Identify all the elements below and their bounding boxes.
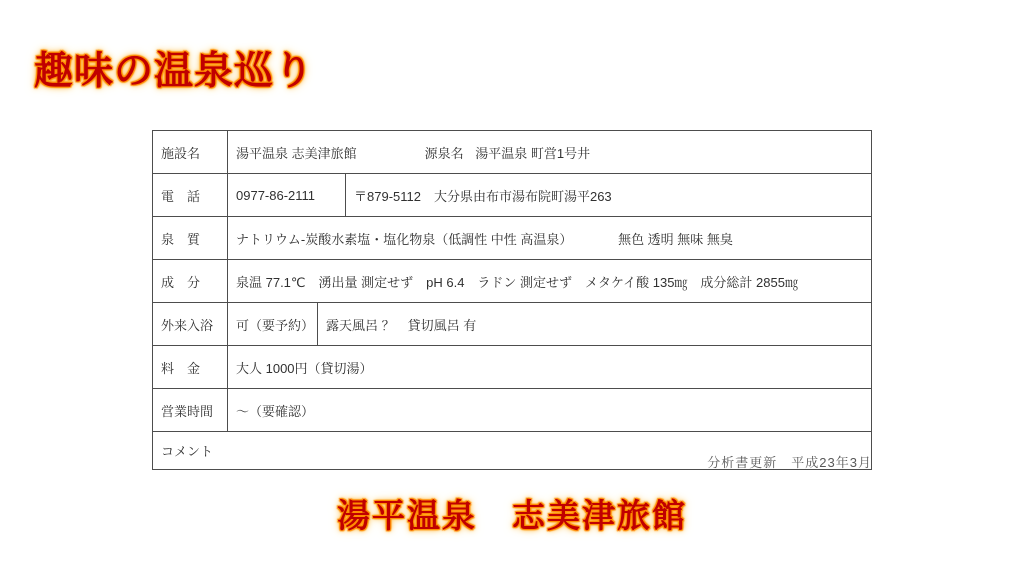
hours-label: 営業時間 <box>153 389 228 432</box>
facility-value-cell: 湯平温泉 志美津旅館 源泉名 湯平温泉 町営1号井 <box>228 131 872 174</box>
facility-name: 湯平温泉 志美津旅館 <box>236 143 421 162</box>
source-name-value: 湯平温泉 町営1号井 <box>475 146 590 161</box>
postal-address: 〒879-5112 大分県由布市湯布院町湯平263 <box>346 174 872 217</box>
analysis-update-note: 分析書更新 平成23年3月 <box>152 452 872 471</box>
phone-label: 電 話 <box>153 174 228 217</box>
table-row-fee: 料 金 大人 1000円（貸切湯） <box>153 346 872 389</box>
page-title: 趣味の温泉巡り <box>34 40 314 96</box>
phone-number: 0977-86-2111 <box>228 174 346 217</box>
ingredients-value: 泉温 77.1℃ 湧出量 測定せず pH 6.4 ラドン 測定せず メタケイ酸 … <box>228 260 872 303</box>
quality-label: 泉 質 <box>153 217 228 260</box>
table-row-day-bathing: 外来入浴 可（要予約） 露天風呂 ？ 貸切風呂 有 <box>153 303 872 346</box>
slide: 趣味の温泉巡り 施設名 湯平温泉 志美津旅館 源泉名 湯平温泉 町営1号井 電 … <box>0 0 1024 576</box>
day-bathing-label: 外来入浴 <box>153 303 228 346</box>
day-bathing-availability: 可（要予約） <box>228 303 318 346</box>
fee-value: 大人 1000円（貸切湯） <box>228 346 872 389</box>
onsen-info-table: 施設名 湯平温泉 志美津旅館 源泉名 湯平温泉 町営1号井 電 話 0977-8… <box>152 130 872 470</box>
table-row-hours: 営業時間 ～（要確認） <box>153 389 872 432</box>
ryokan-title: 湯平温泉 志美津旅館 <box>0 490 1024 537</box>
ingredients-label: 成 分 <box>153 260 228 303</box>
spring-appearance: 無色 透明 無味 無臭 <box>618 232 733 247</box>
day-bathing-baths: 露天風呂 ？ 貸切風呂 有 <box>318 303 872 346</box>
table-row-phone: 電 話 0977-86-2111 〒879-5112 大分県由布市湯布院町湯平2… <box>153 174 872 217</box>
table-row-facility: 施設名 湯平温泉 志美津旅館 源泉名 湯平温泉 町営1号井 <box>153 131 872 174</box>
quality-value-cell: ナトリウム-炭酸水素塩・塩化物泉（低調性 中性 高温泉） 無色 透明 無味 無臭 <box>228 217 872 260</box>
spring-quality: ナトリウム-炭酸水素塩・塩化物泉（低調性 中性 高温泉） <box>236 232 572 247</box>
hours-value: ～（要確認） <box>228 389 872 432</box>
facility-label: 施設名 <box>153 131 228 174</box>
table-row-quality: 泉 質 ナトリウム-炭酸水素塩・塩化物泉（低調性 中性 高温泉） 無色 透明 無… <box>153 217 872 260</box>
table-row-ingredients: 成 分 泉温 77.1℃ 湧出量 測定せず pH 6.4 ラドン 測定せず メタ… <box>153 260 872 303</box>
fee-label: 料 金 <box>153 346 228 389</box>
source-name-label: 源泉名 <box>425 146 464 161</box>
